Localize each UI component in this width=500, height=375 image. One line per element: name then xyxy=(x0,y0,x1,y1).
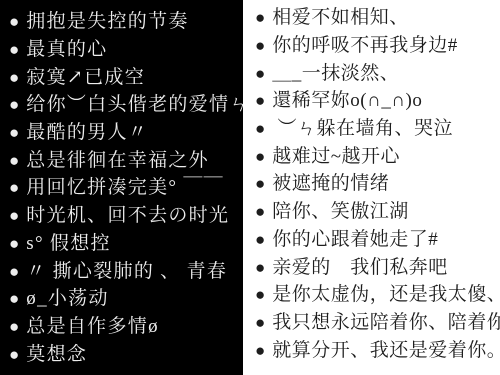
bullet-icon: ● xyxy=(255,231,265,248)
list-item-text: 寂寞↗已成空 xyxy=(26,68,145,87)
list-item: ●s° 假想控 xyxy=(0,230,243,258)
left-panel: ●拥抱是失控的节奏●最真的心●寂寞↗已成空●给你︶白头偕老的爱情ㄣ●最酷的男人〃… xyxy=(0,0,243,375)
list-item-text: 总是自作多情ø xyxy=(26,317,159,336)
list-item: ●＿_一抹淡然、 xyxy=(243,59,500,87)
list-item-text: 相爱不如相知、 xyxy=(272,8,409,27)
list-item-text: 总是徘徊在幸福之外 xyxy=(26,151,209,170)
list-item-text: 你的心跟着她走了# xyxy=(272,230,438,249)
list-item-text: 陪你、笑傲江湖 xyxy=(272,202,409,221)
list-item: ●ø_小荡动 xyxy=(0,285,243,313)
list-item: ●就算分开、我还是爱着你。 xyxy=(243,336,500,364)
list-item: ●亲爱的 我们私奔吧 xyxy=(243,253,500,281)
bullet-icon: ● xyxy=(255,175,265,192)
bullet-icon: ● xyxy=(9,207,19,224)
bullet-icon: ● xyxy=(9,346,19,363)
bullet-icon: ● xyxy=(255,65,265,82)
list-item: ●還稀罕妳o(∩_∩)o xyxy=(243,87,500,115)
list-item-text: 我只想永远陪着你、陪着你 xyxy=(272,313,500,332)
list-item-text: s° 假想控 xyxy=(26,234,111,253)
list-item: ●〃 撕心裂肺的 、 青春 xyxy=(0,257,243,285)
bullet-icon: ● xyxy=(9,318,19,335)
bullet-icon: ● xyxy=(255,314,265,331)
list-item: ●我只想永远陪着你、陪着你 xyxy=(243,309,500,337)
list-item: ●最酷的男人〃 xyxy=(0,119,243,147)
bullet-icon: ● xyxy=(9,179,19,196)
list-item-text: 时光机、回不去の时光 xyxy=(26,206,229,225)
list-item: ●时光机、回不去の时光 xyxy=(0,202,243,230)
list-item-text: 莫想念 xyxy=(26,345,87,364)
list-item-text: 你的呼吸不再我身边# xyxy=(272,36,458,55)
bullet-icon: ● xyxy=(9,235,19,252)
list-item: ●莫想念 xyxy=(0,340,243,368)
list-item: ●总是自作多情ø xyxy=(0,313,243,341)
list-item-text: 最酷的男人〃 xyxy=(26,123,148,142)
bullet-icon: ● xyxy=(9,263,19,280)
list-item: ●给你︶白头偕老的爱情ㄣ xyxy=(0,91,243,119)
list-item: ●用回忆拼凑完美° ￣￣ xyxy=(0,174,243,202)
list-item: ●你的呼吸不再我身边# xyxy=(243,32,500,60)
list-item-text: 用回忆拼凑完美° ￣￣ xyxy=(26,178,224,197)
list-item-text: 被遮掩的情绪 xyxy=(272,174,389,193)
bullet-icon: ● xyxy=(255,259,265,276)
list-item: ●拥抱是失控的节奏 xyxy=(0,8,243,36)
bullet-icon: ● xyxy=(255,37,265,54)
list-item: ●越难过~越开心 xyxy=(243,142,500,170)
list-item-text: ︶ㄣ躲在墙角、哭泣 xyxy=(272,119,453,138)
bullet-icon: ● xyxy=(255,203,265,220)
list-item-text: 最真的心 xyxy=(26,40,107,59)
bullet-icon: ● xyxy=(255,148,265,165)
right-phrase-list: ●相爱不如相知、●你的呼吸不再我身边#●＿_一抹淡然、●還稀罕妳o(∩_∩)o●… xyxy=(243,0,500,364)
list-item: ● ︶ㄣ躲在墙角、哭泣 xyxy=(243,115,500,143)
list-item-text: 拥抱是失控的节奏 xyxy=(26,12,188,31)
list-item: ●陪你、笑傲江湖 xyxy=(243,198,500,226)
list-item: ●总是徘徊在幸福之外 xyxy=(0,146,243,174)
list-item-text: 给你︶白头偕老的爱情ㄣ xyxy=(26,95,249,114)
list-item-text: 還稀罕妳o(∩_∩)o xyxy=(272,91,422,110)
list-item: ●最真的心 xyxy=(0,36,243,64)
bullet-icon: ● xyxy=(9,69,19,86)
list-item-text: 亲爱的 我们私奔吧 xyxy=(272,258,448,277)
list-item-text: ø_小荡动 xyxy=(26,289,109,308)
page: ●拥抱是失控的节奏●最真的心●寂寞↗已成空●给你︶白头偕老的爱情ㄣ●最酷的男人〃… xyxy=(0,0,500,375)
bullet-icon: ● xyxy=(9,152,19,169)
list-item: ●寂寞↗已成空 xyxy=(0,63,243,91)
bullet-icon: ● xyxy=(9,290,19,307)
list-item: ●你的心跟着她走了# xyxy=(243,226,500,254)
bullet-icon: ● xyxy=(255,120,265,137)
bullet-icon: ● xyxy=(255,9,265,26)
list-item: ●相爱不如相知、 xyxy=(243,4,500,32)
bullet-icon: ● xyxy=(255,342,265,359)
list-item-text: 就算分开、我还是爱着你。 xyxy=(272,341,500,360)
bullet-icon: ● xyxy=(9,124,19,141)
list-item: ●被遮掩的情绪 xyxy=(243,170,500,198)
list-item-text: 越难过~越开心 xyxy=(272,147,400,166)
list-item: ●是你太虚伪，还是我太傻、 xyxy=(243,281,500,309)
bullet-icon: ● xyxy=(255,92,265,109)
bullet-icon: ● xyxy=(9,13,19,30)
list-item-text: ＿_一抹淡然、 xyxy=(272,64,399,83)
bullet-icon: ● xyxy=(9,96,19,113)
right-panel: ●相爱不如相知、●你的呼吸不再我身边#●＿_一抹淡然、●還稀罕妳o(∩_∩)o●… xyxy=(243,0,500,375)
bullet-icon: ● xyxy=(9,41,19,58)
left-phrase-list: ●拥抱是失控的节奏●最真的心●寂寞↗已成空●给你︶白头偕老的爱情ㄣ●最酷的男人〃… xyxy=(0,0,243,368)
list-item-text: 是你太虚伪，还是我太傻、 xyxy=(272,285,500,304)
bullet-icon: ● xyxy=(255,286,265,303)
list-item-text: 〃 撕心裂肺的 、 青春 xyxy=(26,262,227,281)
